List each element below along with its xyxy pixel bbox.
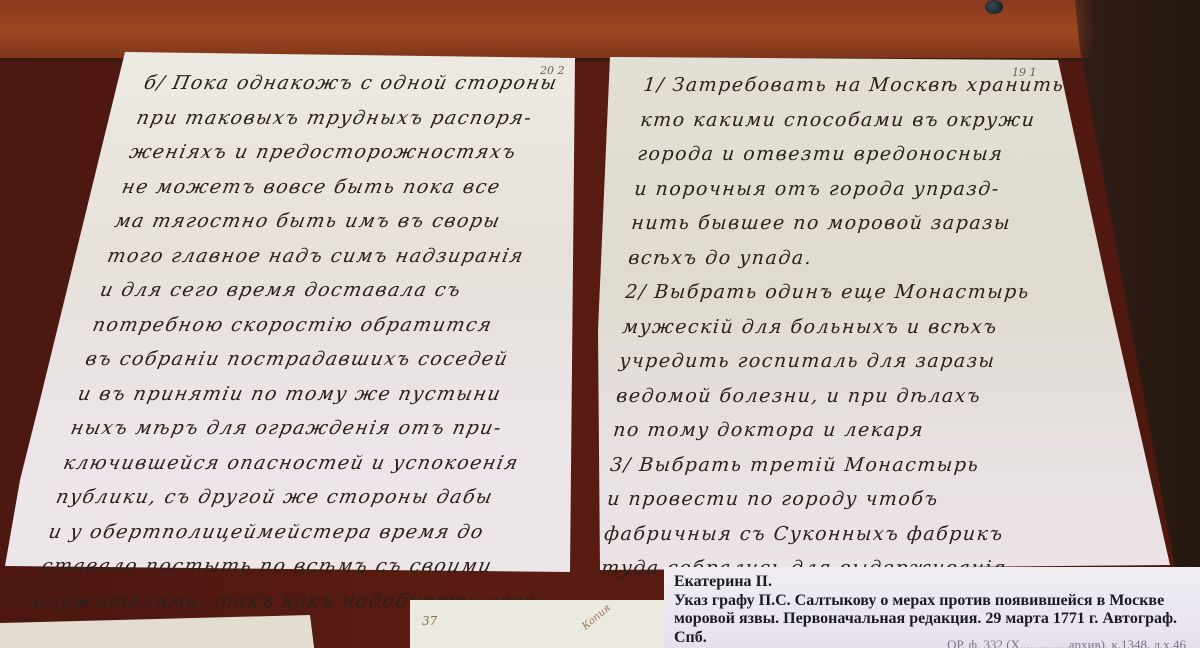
manuscript-line: не можетъ вовсе быть пока все (119, 170, 628, 205)
manuscript-line: фабричныя съ Суконныхъ фабрикъ (603, 517, 1027, 552)
manuscript-line: ведомой болезни, и при дѣлахъ (615, 379, 1039, 414)
manuscript-line: потребною скоростію обратится (89, 308, 598, 343)
museum-display-case: 20 2 б/ Пока однакожъ с одной стороны пр… (0, 0, 1200, 648)
manuscript-line: учредить госпиталь для заразы (618, 344, 1042, 379)
manuscript-line: ключившейся опасностей и успокоенія (60, 446, 569, 481)
manuscript-line: и въ принятіи по тому же пустыни (75, 377, 584, 412)
card-number: 37 (422, 614, 437, 628)
manuscript-line: 2/ Выбрать одинъ еще Монастырь (624, 275, 1048, 310)
manuscript-line: города и отвезти вредоносныя (636, 137, 1060, 172)
manuscript-line: и провести по городу чтобъ (606, 482, 1030, 517)
manuscript-line: мужескій для больныхъ и всѣхъ (621, 310, 1045, 345)
manuscript-line: въ собраніи пострадавшихъ соседей (82, 342, 591, 377)
manuscript-line: по тому доктора и лекаря (612, 413, 1036, 448)
manuscript-line: того главное надъ симъ надзиранія (104, 239, 613, 274)
caption-footer: ОР, ф. 332 (Х...............архив), к.13… (947, 636, 1186, 648)
manuscript-line: нить бывшее по моровой заразы (630, 206, 1054, 241)
manuscript-line: и у обертполицеймейстера время до (45, 515, 554, 550)
manuscript-line: ставало постыть по всѣмъ съ своими (38, 549, 547, 584)
exhibit-caption: Екатерина II. Указ графу П.С. Салтыкову … (664, 567, 1200, 648)
manuscript-line: кто какими способами въ окружи (639, 103, 1063, 138)
manuscript-line: всѣхъ до упада. (627, 241, 1051, 276)
display-case-back-wall (0, 0, 1200, 62)
manuscript-line: 1/ Затребовать на Москвѣ хранить (642, 68, 1066, 103)
card-note: Копия (580, 603, 613, 633)
manuscript-line: 3/ Выбрать третій Монастырь (609, 448, 1033, 483)
manuscript-line: ма тягостно быть имъ въ своры (111, 204, 620, 239)
catalog-card-bottom: 37 Копия (410, 600, 665, 648)
manuscript-line: ныхъ мѣръ для огражденія отъ при- (67, 411, 576, 446)
manuscript-line: публики, съ другой же стороны дабы (53, 480, 562, 515)
caption-author: Екатерина II. (674, 573, 1190, 592)
manuscript-line: б/ Пока однакожъ с одной стороны (141, 66, 650, 101)
manuscript-text-right: 1/ Затребовать на Москвѣ хранить кто как… (600, 68, 1066, 586)
screw-icon (985, 0, 1003, 14)
manuscript-line: женіяхъ и предосторожностяхъ (126, 135, 635, 170)
manuscript-line: и порочныя отъ города упразд- (633, 172, 1057, 207)
manuscript-line: и для сего время доставала съ (97, 273, 606, 308)
manuscript-line: при таковыхъ трудныхъ распоря- (133, 101, 642, 136)
